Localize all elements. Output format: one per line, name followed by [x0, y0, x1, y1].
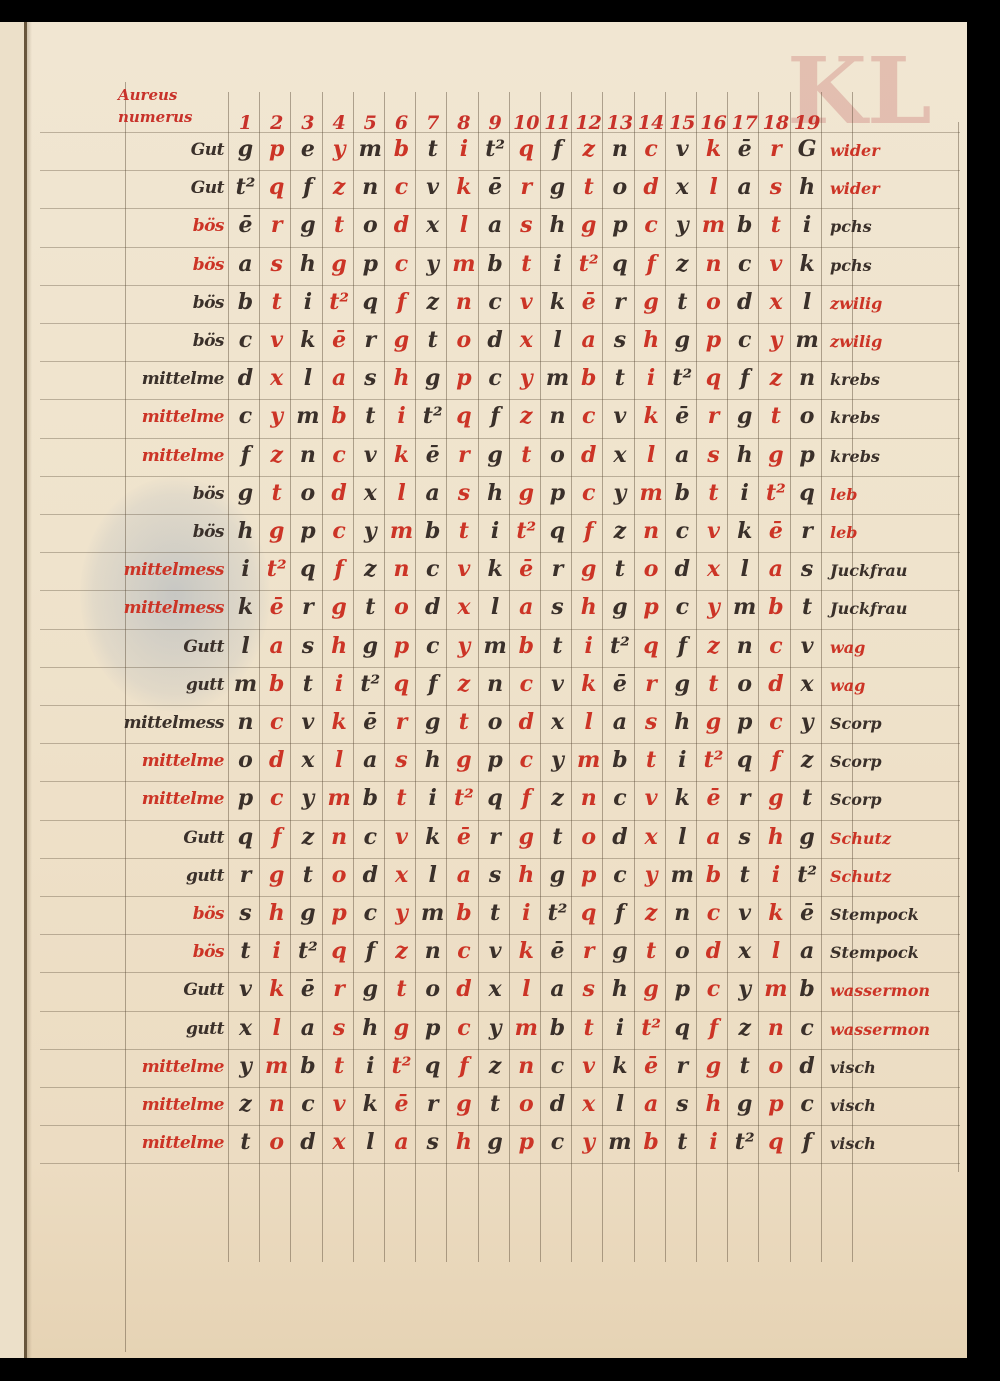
dominical-letter-cell: p [355, 251, 386, 277]
dominical-letter-cell: g [542, 174, 573, 200]
dominical-letter-cell: n [760, 1015, 791, 1041]
dominical-letter-cell: i [760, 862, 791, 888]
zodiac-sign: Schutz [830, 867, 891, 886]
dominical-letter-cell: m [792, 327, 823, 353]
dominical-letter-cell: i [667, 747, 698, 773]
dominical-letter-cell: t² [667, 365, 698, 391]
dominical-letter-cell: g [667, 327, 698, 353]
golden-number-19: 19 [792, 112, 823, 134]
dominical-letter-cell: s [760, 174, 791, 200]
dominical-letter-cell: i [480, 518, 511, 544]
zodiac-sign: krebs [830, 447, 880, 466]
dominical-letter-cell: b [667, 480, 698, 506]
dominical-letter-cell: b [760, 594, 791, 620]
row-label: mittelmess [112, 560, 224, 580]
dominical-letter-cell: h [417, 747, 448, 773]
dominical-letter-cell: t [667, 1129, 698, 1155]
dominical-letter-cell: n [230, 709, 261, 735]
dominical-letter-cell: g [386, 1015, 417, 1041]
dominical-letter-cell: a [698, 824, 729, 850]
dominical-letter-cell: n [573, 785, 604, 811]
dominical-letter-cell: t² [261, 556, 292, 582]
row-rule [40, 667, 960, 668]
dominical-letter-cell: ē [604, 671, 635, 697]
dominical-letter-cell: m [604, 1129, 635, 1155]
dominical-letter-cell: l [667, 824, 698, 850]
row-rule [40, 820, 960, 821]
dominical-letter-cell: k [667, 785, 698, 811]
dominical-letter-cell: o [729, 671, 760, 697]
dominical-letter-cell: h [386, 365, 417, 391]
dominical-letter-cell: z [636, 900, 667, 926]
zodiac-sign: visch [830, 1134, 876, 1153]
dominical-letter-cell: t [324, 212, 355, 238]
dominical-letter-cell: ē [729, 136, 760, 162]
dominical-letter-cell: d [636, 174, 667, 200]
dominical-letter-cell: c [542, 1129, 573, 1155]
dominical-letter-cell: c [417, 633, 448, 659]
golden-number-14: 14 [636, 112, 667, 134]
dominical-letter-cell: s [573, 976, 604, 1002]
dominical-letter-cell: h [230, 518, 261, 544]
dominical-letter-cell: r [355, 327, 386, 353]
dominical-letter-cell: x [261, 365, 292, 391]
dominical-letter-cell: c [760, 709, 791, 735]
dominical-letter-cell: t [573, 1015, 604, 1041]
dominical-letter-cell: c [324, 518, 355, 544]
dominical-letter-cell: s [511, 212, 542, 238]
dominical-letter-cell: t [261, 480, 292, 506]
dominical-letter-cell: v [698, 518, 729, 544]
dominical-letter-cell: v [636, 785, 667, 811]
dominical-letter-cell: c [636, 212, 667, 238]
dominical-letter-cell: s [698, 442, 729, 468]
zodiac-sign: visch [830, 1096, 876, 1115]
row-label: mittelme [112, 369, 224, 389]
dominical-letter-cell: i [604, 1015, 635, 1041]
dominical-letter-cell: b [604, 747, 635, 773]
dominical-letter-cell: ē [573, 289, 604, 315]
dominical-letter-cell: o [511, 1091, 542, 1117]
gutter-shadow [24, 22, 32, 1358]
dominical-letter-cell: p [417, 1015, 448, 1041]
dominical-letter-cell: g [324, 251, 355, 277]
dominical-letter-cell: g [480, 1129, 511, 1155]
dominical-letter-cell: q [667, 1015, 698, 1041]
golden-number-11: 11 [542, 112, 573, 134]
dominical-letter-cell: e [292, 136, 323, 162]
dominical-letter-cell: d [667, 556, 698, 582]
dominical-letter-cell: y [448, 633, 479, 659]
dominical-letter-cell: a [448, 862, 479, 888]
dominical-letter-cell: g [573, 556, 604, 582]
dominical-letter-cell: d [355, 862, 386, 888]
dominical-letter-cell: s [386, 747, 417, 773]
dominical-letter-cell: o [542, 442, 573, 468]
dominical-letter-cell: n [324, 824, 355, 850]
dominical-letter-cell: v [292, 709, 323, 735]
row-rule [40, 1125, 960, 1126]
dominical-letter-cell: c [573, 480, 604, 506]
dominical-letter-cell: m [261, 1053, 292, 1079]
dominical-letter-cell: m [230, 671, 261, 697]
row-label: mittelme [112, 751, 224, 771]
dominical-letter-cell: k [261, 976, 292, 1002]
dominical-letter-cell: f [542, 136, 573, 162]
dominical-letter-cell: b [448, 900, 479, 926]
dominical-letter-cell: r [573, 938, 604, 964]
dominical-letter-cell: m [355, 136, 386, 162]
dominical-letter-cell: m [698, 212, 729, 238]
dominical-letter-cell: d [604, 824, 635, 850]
dominical-letter-cell: g [261, 518, 292, 544]
dominical-letter-cell: t [448, 518, 479, 544]
dominical-letter-cell: z [480, 1053, 511, 1079]
dominical-letter-cell: f [760, 747, 791, 773]
row-rule [40, 1049, 960, 1050]
dominical-letter-cell: y [542, 747, 573, 773]
dominical-letter-cell: f [511, 785, 542, 811]
dominical-letter-cell: q [324, 938, 355, 964]
dominical-letter-cell: f [417, 671, 448, 697]
dominical-letter-cell: ē [511, 556, 542, 582]
dominical-letter-cell: s [292, 633, 323, 659]
dominical-letter-cell: s [324, 1015, 355, 1041]
row-rule [40, 438, 960, 439]
dominical-letter-cell: d [480, 327, 511, 353]
dominical-letter-cell: o [792, 403, 823, 429]
dominical-letter-cell: y [230, 1053, 261, 1079]
dominical-letter-cell: h [261, 900, 292, 926]
dominical-letter-cell: f [448, 1053, 479, 1079]
dominical-letter-cell: p [729, 709, 760, 735]
dominical-letter-cell: c [230, 403, 261, 429]
dominical-letter-cell: t [511, 251, 542, 277]
dominical-letter-cell: c [355, 824, 386, 850]
row-rule [40, 247, 960, 248]
dominical-letter-cell: g [448, 1091, 479, 1117]
dominical-letter-cell: q [480, 785, 511, 811]
dominical-letter-cell: t² [792, 862, 823, 888]
dominical-letter-cell: x [542, 709, 573, 735]
dominical-letter-cell: d [542, 1091, 573, 1117]
dominical-letter-cell: f [292, 174, 323, 200]
row-label: Gut [112, 178, 224, 198]
dominical-letter-cell: y [261, 403, 292, 429]
zodiac-sign: wassermon [830, 1020, 930, 1039]
dominical-letter-cell: y [386, 900, 417, 926]
dominical-letter-cell: d [729, 289, 760, 315]
zodiac-sign: leb [830, 485, 857, 504]
dominical-letter-cell: p [604, 212, 635, 238]
zodiac-sign: pchs [830, 217, 872, 236]
dominical-letter-cell: l [261, 1015, 292, 1041]
dominical-letter-cell: o [760, 1053, 791, 1079]
dominical-letter-cell: g [636, 976, 667, 1002]
dominical-letter-cell: o [324, 862, 355, 888]
dominical-letter-cell: c [261, 785, 292, 811]
dominical-letter-cell: t² [480, 136, 511, 162]
zodiac-sign: wider [830, 179, 880, 198]
golden-number-12: 12 [573, 112, 604, 134]
dominical-letter-cell: x [760, 289, 791, 315]
row-label: bös [112, 216, 224, 236]
row-label: gutt [112, 1019, 224, 1039]
dominical-letter-cell: z [230, 1091, 261, 1117]
row-rule [40, 170, 960, 171]
dominical-letter-cell: t [230, 938, 261, 964]
dominical-letter-cell: x [386, 862, 417, 888]
dominical-letter-cell: g [636, 289, 667, 315]
dominical-letter-cell: t [480, 1091, 511, 1117]
dominical-letter-cell: y [480, 1015, 511, 1041]
dominical-letter-cell: x [324, 1129, 355, 1155]
dominical-letter-cell: d [511, 709, 542, 735]
dominical-letter-cell: r [542, 556, 573, 582]
dominical-letter-cell: a [480, 212, 511, 238]
dominical-letter-cell: t² [636, 1015, 667, 1041]
dominical-letter-cell: n [417, 938, 448, 964]
dominical-letter-cell: l [511, 976, 542, 1002]
dominical-letter-cell: p [324, 900, 355, 926]
dominical-letter-cell: v [573, 1053, 604, 1079]
dominical-letter-cell: q [417, 1053, 448, 1079]
dominical-letter-cell: o [480, 709, 511, 735]
dominical-letter-cell: s [448, 480, 479, 506]
dominical-letter-cell: l [792, 289, 823, 315]
dominical-letter-cell: g [480, 442, 511, 468]
dominical-letter-cell: i [729, 480, 760, 506]
dominical-letter-cell: s [792, 556, 823, 582]
dominical-letter-cell: c [698, 900, 729, 926]
manuscript-page: KL Aureus numerus 1234567891011121314151… [0, 22, 967, 1358]
dominical-letter-cell: t [698, 480, 729, 506]
dominical-letter-cell: p [386, 633, 417, 659]
dominical-letter-cell: o [355, 212, 386, 238]
dominical-letter-cell: p [448, 365, 479, 391]
dominical-letter-cell: c [480, 365, 511, 391]
dominical-letter-cell: s [542, 594, 573, 620]
dominical-letter-cell: q [355, 289, 386, 315]
row-label: mittelme [112, 1133, 224, 1153]
dominical-letter-cell: y [324, 136, 355, 162]
golden-number-15: 15 [667, 112, 698, 134]
dominical-letter-cell: c [386, 174, 417, 200]
dominical-letter-cell: f [729, 365, 760, 391]
row-rule [40, 208, 960, 209]
dominical-letter-cell: d [573, 442, 604, 468]
dominical-letter-cell: m [636, 480, 667, 506]
zodiac-sign: Scorp [830, 714, 882, 733]
dominical-letter-cell: b [417, 518, 448, 544]
dominical-letter-cell: h [511, 862, 542, 888]
dominical-letter-cell: l [604, 1091, 635, 1117]
dominical-letter-cell: l [292, 365, 323, 391]
dominical-letter-cell: z [667, 251, 698, 277]
row-label: Gutt [112, 637, 224, 657]
zodiac-sign: Stempock [830, 905, 919, 924]
dominical-letter-cell: q [261, 174, 292, 200]
dominical-letter-cell: n [542, 403, 573, 429]
golden-number-5: 5 [355, 112, 386, 134]
dominical-letter-cell: g [698, 709, 729, 735]
golden-number-18: 18 [760, 112, 791, 134]
dominical-letter-cell: g [324, 594, 355, 620]
dominical-letter-cell: l [230, 633, 261, 659]
dominical-letter-cell: n [480, 671, 511, 697]
dominical-letter-cell: t² [729, 1129, 760, 1155]
dominical-letter-cell: ē [230, 212, 261, 238]
zodiac-sign: Schutz [830, 829, 891, 848]
dominical-letter-cell: z [355, 556, 386, 582]
dominical-letter-cell: t [511, 442, 542, 468]
row-label: bös [112, 942, 224, 962]
dominical-letter-cell: s [729, 824, 760, 850]
dominical-letter-cell: m [417, 900, 448, 926]
dominical-letter-cell: t² [573, 251, 604, 277]
dominical-letter-cell: g [230, 480, 261, 506]
dominical-letter-cell: t [324, 1053, 355, 1079]
zodiac-sign: zwilig [830, 332, 882, 351]
row-label: bös [112, 522, 224, 542]
dominical-letter-cell: t² [355, 671, 386, 697]
dominical-letter-cell: l [542, 327, 573, 353]
dominical-letter-cell: l [729, 556, 760, 582]
dominical-letter-cell: b [386, 136, 417, 162]
row-label: mittelmess [112, 598, 224, 618]
dominical-letter-cell: c [636, 136, 667, 162]
dominical-letter-cell: k [573, 671, 604, 697]
dominical-letter-cell: v [760, 251, 791, 277]
dominical-letter-cell: p [261, 136, 292, 162]
dominical-letter-cell: x [667, 174, 698, 200]
dominical-letter-cell: g [261, 862, 292, 888]
dominical-letter-cell: i [355, 1053, 386, 1079]
dominical-letter-cell: c [448, 1015, 479, 1041]
dominical-letter-cell: f [573, 518, 604, 544]
dominical-letter-cell: m [667, 862, 698, 888]
dominical-letter-cell: t [292, 862, 323, 888]
dominical-letter-cell: a [230, 251, 261, 277]
dominical-letter-cell: f [230, 442, 261, 468]
dominical-letter-cell: z [729, 1015, 760, 1041]
dominical-letter-cell: g [292, 212, 323, 238]
dominical-letter-cell: c [511, 747, 542, 773]
row-label: gutt [112, 866, 224, 886]
dominical-letter-cell: s [480, 862, 511, 888]
dominical-letter-cell: z [604, 518, 635, 544]
dominical-letter-cell: x [792, 671, 823, 697]
dominical-letter-cell: c [542, 1053, 573, 1079]
zodiac-sign: wider [830, 141, 880, 160]
dominical-letter-cell: t [355, 403, 386, 429]
dominical-letter-cell: z [448, 671, 479, 697]
dominical-letter-cell: a [636, 1091, 667, 1117]
dominical-letter-cell: x [417, 212, 448, 238]
dominical-letter-cell: h [698, 1091, 729, 1117]
golden-number-7: 7 [417, 112, 448, 134]
dominical-letter-cell: k [792, 251, 823, 277]
row-rule [40, 590, 960, 591]
dominical-letter-cell: f [636, 251, 667, 277]
dominical-letter-cell: m [324, 785, 355, 811]
dominical-letter-cell: k [636, 403, 667, 429]
dominical-letter-cell: t² [386, 1053, 417, 1079]
dominical-letter-cell: c [729, 327, 760, 353]
zodiac-sign: Juckfrau [830, 561, 907, 580]
heading-line-1: Aureus [118, 84, 228, 106]
golden-number-13: 13 [604, 112, 635, 134]
dominical-letter-cell: i [324, 671, 355, 697]
dominical-letter-cell: c [480, 289, 511, 315]
dominical-letter-cell: i [417, 785, 448, 811]
row-rule [40, 934, 960, 935]
dominical-letter-cell: b [261, 671, 292, 697]
dominical-letter-cell: o [386, 594, 417, 620]
dominical-letter-cell: d [698, 938, 729, 964]
zodiac-sign: wag [830, 676, 865, 695]
dominical-letter-cell: r [386, 709, 417, 735]
dominical-letter-cell: t [760, 212, 791, 238]
row-label: mittelme [112, 1095, 224, 1115]
dominical-letter-cell: c [792, 1091, 823, 1117]
dominical-letter-cell: k [698, 136, 729, 162]
dominical-letter-cell: l [448, 212, 479, 238]
dominical-letter-cell: t² [542, 900, 573, 926]
dominical-letter-cell: k [604, 1053, 635, 1079]
dominical-letter-cell: v [792, 633, 823, 659]
dominical-letter-cell: t [604, 365, 635, 391]
zodiac-sign: wassermon [830, 981, 930, 1000]
dominical-letter-cell: p [698, 327, 729, 353]
dominical-letter-cell: b [324, 403, 355, 429]
dominical-letter-cell: p [792, 442, 823, 468]
row-label: mittelmess [112, 713, 224, 733]
dominical-letter-cell: r [230, 862, 261, 888]
dominical-letter-cell: t [729, 862, 760, 888]
dominical-letter-cell: f [386, 289, 417, 315]
dominical-letter-cell: k [760, 900, 791, 926]
dominical-letter-cell: i [230, 556, 261, 582]
dominical-letter-cell: p [480, 747, 511, 773]
dominical-letter-cell: c [792, 1015, 823, 1041]
row-label: bös [112, 293, 224, 313]
dominical-letter-cell: v [230, 976, 261, 1002]
zodiac-sign: Scorp [830, 752, 882, 771]
dominical-letter-cell: n [636, 518, 667, 544]
dominical-letter-cell: g [542, 862, 573, 888]
dominical-letter-cell: x [230, 1015, 261, 1041]
dominical-letter-cell: i [542, 251, 573, 277]
dominical-letter-cell: r [417, 1091, 448, 1117]
dominical-letter-cell: q [573, 900, 604, 926]
dominical-letter-cell: k [448, 174, 479, 200]
dominical-letter-cell: k [355, 1091, 386, 1117]
dominical-letter-cell: k [417, 824, 448, 850]
dominical-letter-cell: d [230, 365, 261, 391]
dominical-letter-cell: l [480, 594, 511, 620]
dominical-letter-cell: l [573, 709, 604, 735]
dominical-letter-cell: c [261, 709, 292, 735]
dominical-letter-cell: y [604, 480, 635, 506]
dominical-letter-cell: v [667, 136, 698, 162]
dominical-letter-cell: l [355, 1129, 386, 1155]
dominical-letter-cell: x [636, 824, 667, 850]
zodiac-sign: zwilig [830, 294, 882, 313]
dominical-letter-cell: m [542, 365, 573, 391]
dominical-letter-cell: h [729, 442, 760, 468]
dominical-letter-cell: m [573, 747, 604, 773]
